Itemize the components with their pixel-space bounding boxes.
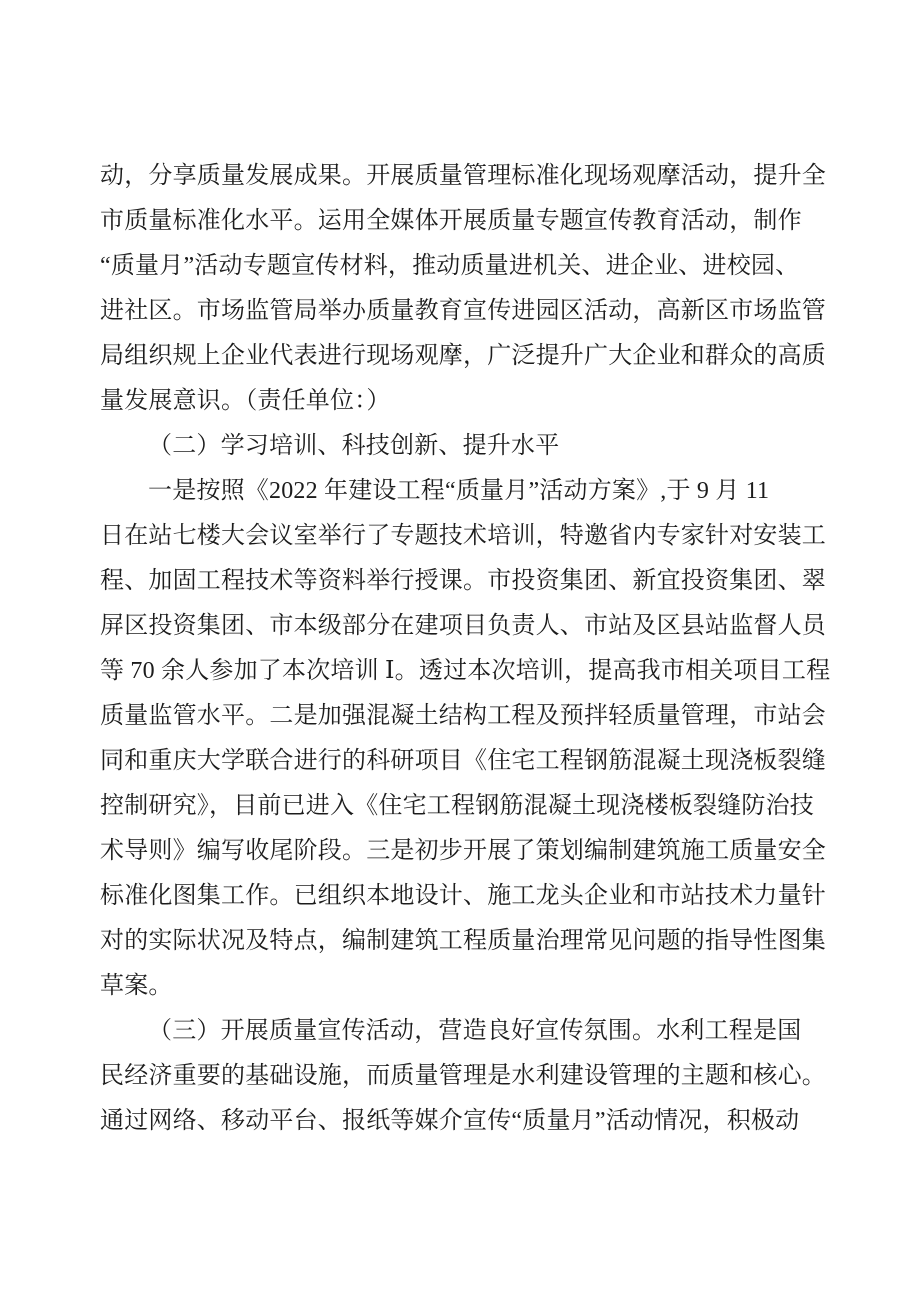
section-two-body: 一是按照《2022 年建设工程“质量月”活动方案》,于 9 月 11 日在站七楼… — [100, 469, 824, 1009]
text-line: 市质量标准化水平。运用全媒体开展质量专题宣传教育活动，制作 — [100, 199, 824, 244]
section-heading-two: （二）学习培训、科技创新、提升水平 — [100, 424, 824, 469]
section-heading-text: （二）学习培训、科技创新、提升水平 — [100, 424, 824, 469]
text-line: 屏区投资集团、市本级部分在建项目负责人、市站及区县站监督人员 — [100, 604, 824, 649]
text-line: 日在站七楼大会议室举行了专题技术培训，特邀省内专家针对安装工 — [100, 514, 824, 559]
text-line: 量发展意识。（责任单位：） — [100, 379, 824, 424]
text-line: 术导则》编写收尾阶段。三是初步开展了策划编制建筑施工质量安全 — [100, 829, 824, 874]
text-line: 动，分享质量发展成果。开展质量管理标准化现场观摩活动，提升全 — [100, 154, 824, 199]
text-line: “质量月”活动专题宣传材料，推动质量进机关、进企业、进校园、 — [100, 244, 824, 289]
section-three-paragraph: （三）开展质量宣传活动，营造良好宣传氛围。水利工程是国 民经济重要的基础设施，而… — [100, 1009, 824, 1144]
text-line: 控制研究》，目前已进入《住宅工程钢筋混凝土现浇楼板裂缝防治技 — [100, 784, 824, 829]
text-line: 草案。 — [100, 964, 824, 1009]
text-line: 标准化图集工作。已组织本地设计、施工龙头企业和市站技术力量针 — [100, 874, 824, 919]
text-line: 进社区。市场监管局举办质量教育宣传进园区活动，高新区市场监管 — [100, 289, 824, 334]
text-line: 通过网络、移动平台、报纸等媒介宣传“质量月”活动情况，积极动 — [100, 1099, 824, 1144]
text-line: 等 70 余人参加了本次培训 Ⅰ。透过本次培训，提高我市相关项目工程 — [100, 649, 824, 694]
text-line: 局组织规上企业代表进行现场观摩，广泛提升广大企业和群众的高质 — [100, 334, 824, 379]
text-line: 一是按照《2022 年建设工程“质量月”活动方案》,于 9 月 11 — [100, 469, 824, 514]
text-line: 程、加固工程技术等资料举行授课。市投资集团、新宜投资集团、翠 — [100, 559, 824, 604]
text-line: （三）开展质量宣传活动，营造良好宣传氛围。水利工程是国 — [100, 1009, 824, 1054]
document-page: 动，分享质量发展成果。开展质量管理标准化现场观摩活动，提升全 市质量标准化水平。… — [0, 0, 920, 1301]
document-text-block: 动，分享质量发展成果。开展质量管理标准化现场观摩活动，提升全 市质量标准化水平。… — [100, 154, 824, 1144]
text-line: 同和重庆大学联合进行的科研项目《住宅工程钢筋混凝土现浇板裂缝 — [100, 739, 824, 784]
paragraph-continuation: 动，分享质量发展成果。开展质量管理标准化现场观摩活动，提升全 市质量标准化水平。… — [100, 154, 824, 424]
text-line: 民经济重要的基础设施，而质量管理是水利建设管理的主题和核心。 — [100, 1054, 824, 1099]
text-line: 质量监管水平。二是加强混凝土结构工程及预拌轻质量管理，市站会 — [100, 694, 824, 739]
text-line: 对的实际状况及特点，编制建筑工程质量治理常见问题的指导性图集 — [100, 919, 824, 964]
